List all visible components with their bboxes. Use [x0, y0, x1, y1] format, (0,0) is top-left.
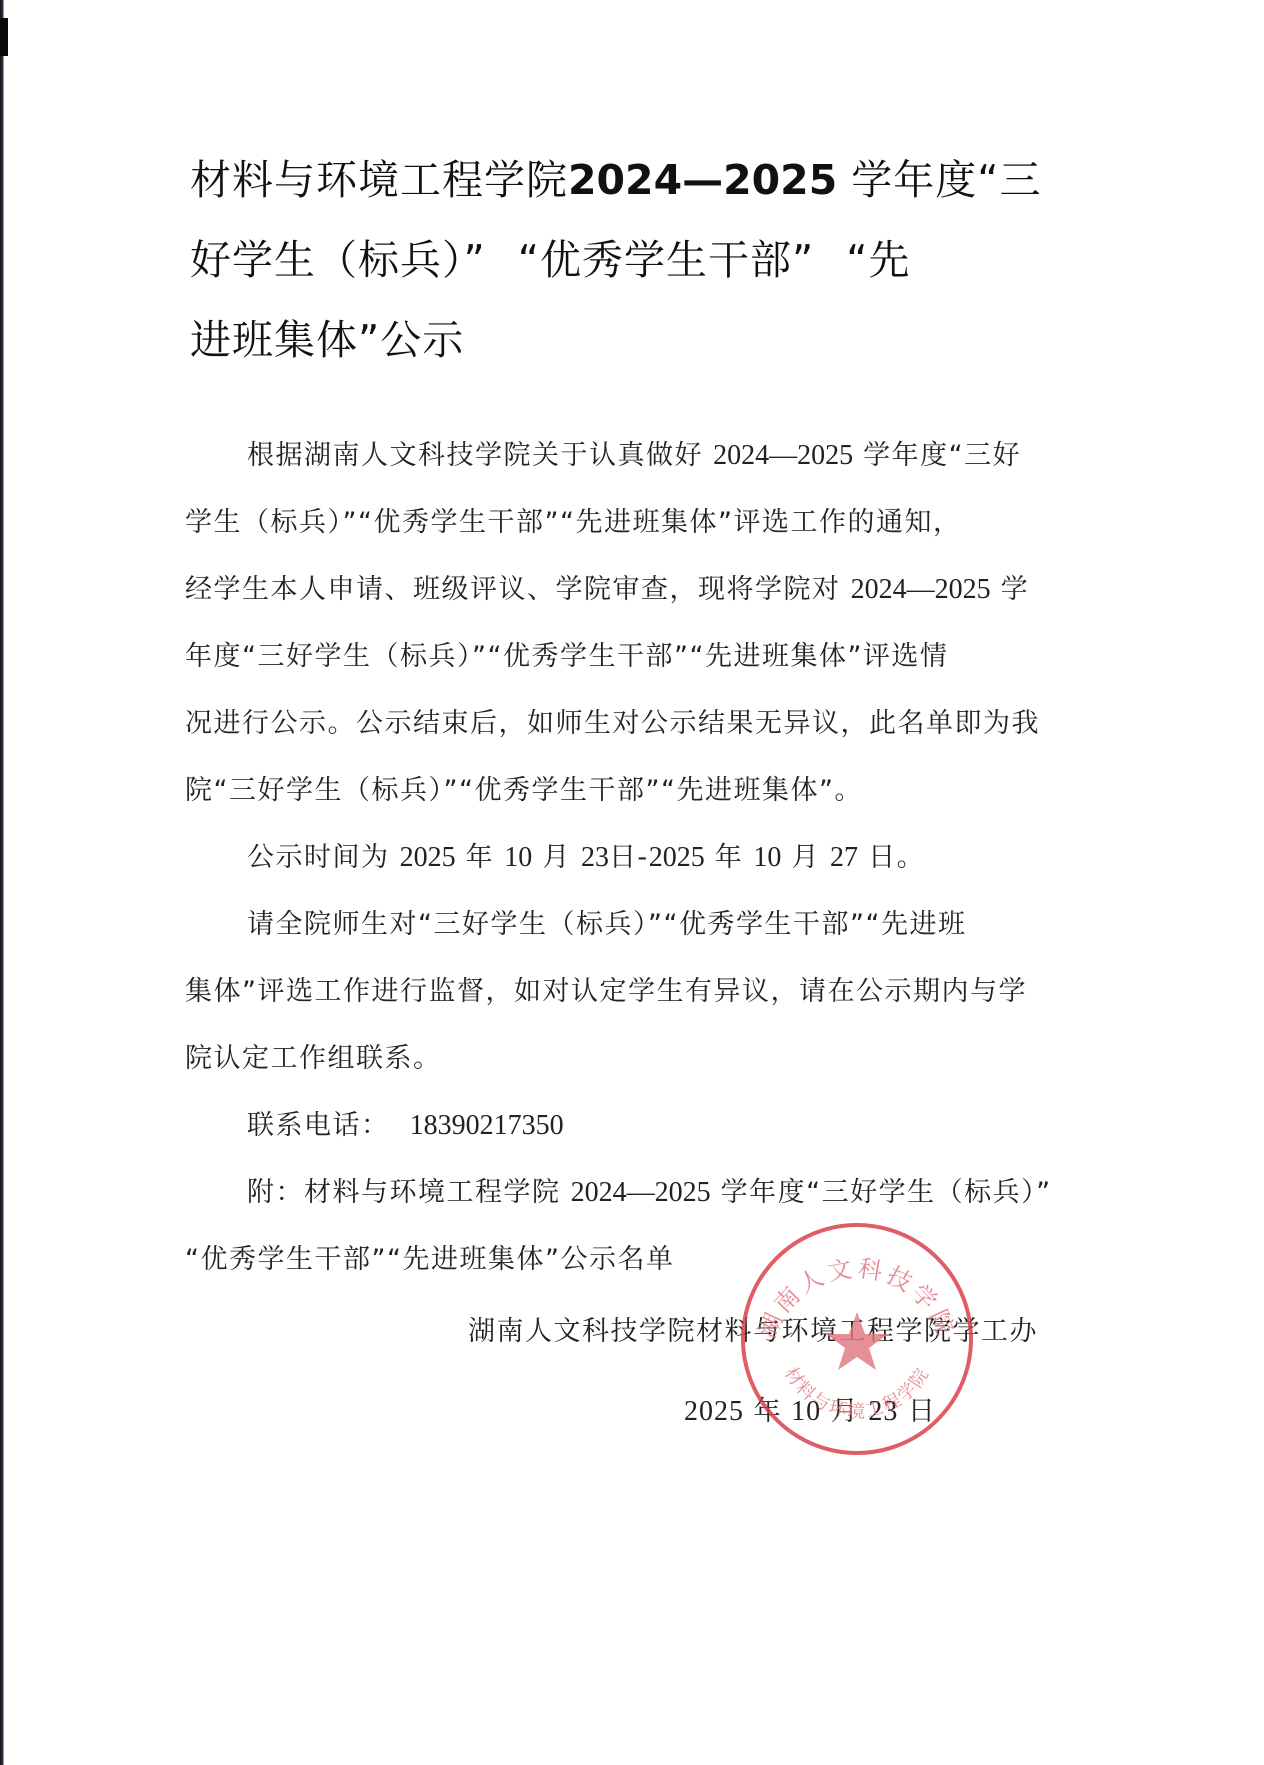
- title-text: 材料与环境工程学院: [190, 156, 568, 204]
- text: 日: [898, 1396, 936, 1427]
- year-range: 2024—2025: [713, 440, 853, 471]
- sign-month: 10: [791, 1396, 821, 1427]
- document-body: 根据湖南人文科技学院关于认真做好 2024—2025 学年度“三好 学生（标兵）…: [185, 422, 1065, 1293]
- end-day: 27: [830, 842, 858, 873]
- document-page: 材料与环境工程学院2024—2025 学年度“三 好学生（标兵）”“优秀学生干部…: [0, 0, 1264, 1765]
- paragraph-basis: 根据湖南人文科技学院关于认真做好 2024—2025 学年度“三好 学生（标兵）…: [185, 422, 1065, 824]
- start-year: 2025: [400, 842, 456, 873]
- text-line: 况进行公示。公示结束后，如师生对公示结果无异议，此名单即为我: [185, 690, 1065, 757]
- paragraph-contact: 联系电话： 18390217350: [185, 1092, 1065, 1159]
- text: 日-: [609, 842, 649, 873]
- text: 学: [991, 574, 1030, 605]
- contact-line: 联系电话： 18390217350: [185, 1092, 1065, 1159]
- text: 月: [781, 842, 830, 873]
- sign-year: 2025: [684, 1396, 744, 1427]
- document-title: 材料与环境工程学院2024—2025 学年度“三 好学生（标兵）”“优秀学生干部…: [190, 140, 1075, 380]
- title-text: “先: [846, 236, 910, 284]
- signature-org: 湖南人文科技学院材料与环境工程学院学工办: [468, 1298, 1038, 1365]
- year-range: 2024—2025: [851, 574, 991, 605]
- text-line: 根据湖南人文科技学院关于认真做好 2024—2025 学年度“三好: [185, 422, 1065, 489]
- paragraph-period: 公示时间为 2025 年 10 月 23日-2025 年 10 月 27 日。: [185, 824, 1065, 891]
- text: 年: [744, 1396, 791, 1427]
- text: 附：材料与环境工程学院: [247, 1177, 571, 1208]
- title-year-range: 2024—2025: [568, 156, 837, 204]
- publicity-period: 公示时间为 2025 年 10 月 23日-2025 年 10 月 27 日。: [185, 824, 1065, 891]
- title-text: 学年度“三: [851, 156, 1041, 204]
- title-text: “优秀学生干部”: [518, 236, 814, 284]
- text-line: 集体”评选工作进行监督，如对认定学生有异议，请在公示期内与学: [185, 958, 1065, 1025]
- attachment-line: “优秀学生干部”“先进班集体”公示名单: [185, 1226, 1065, 1293]
- title-text: 进班集体”公示: [190, 316, 464, 364]
- paragraph-attachment: 附：材料与环境工程学院 2024—2025 学年度“三好学生（标兵）” “优秀学…: [185, 1159, 1065, 1293]
- text: 学年度“三好学生（标兵）”: [711, 1177, 1052, 1208]
- period-label: 公示时间为: [247, 842, 400, 873]
- text: 月: [532, 842, 581, 873]
- end-month: 10: [753, 842, 781, 873]
- start-month: 10: [504, 842, 532, 873]
- text: 学年度“三好: [853, 440, 1021, 471]
- title-line-1: 材料与环境工程学院2024—2025 学年度“三: [190, 140, 1075, 220]
- end-year: 2025: [649, 842, 705, 873]
- text: 年: [456, 842, 505, 873]
- text: 日。: [858, 842, 925, 873]
- attachment-line: 附：材料与环境工程学院 2024—2025 学年度“三好学生（标兵）”: [185, 1159, 1065, 1226]
- text-line: 院认定工作组联系。: [185, 1025, 1065, 1092]
- text-line: 学生（标兵）”“优秀学生干部”“先进班集体”评选工作的通知，: [185, 489, 1065, 556]
- text: 月: [821, 1396, 868, 1427]
- sign-day: 23: [868, 1396, 898, 1427]
- contact-label: 联系电话：: [247, 1110, 390, 1141]
- text: 经学生本人申请、班级评议、学院审查，现将学院对: [185, 574, 851, 605]
- text-line: 请全院师生对“三好学生（标兵）”“优秀学生干部”“先进班: [185, 891, 1065, 958]
- text-line: 经学生本人申请、班级评议、学院审查，现将学院对 2024—2025 学: [185, 556, 1065, 623]
- year-range: 2024—2025: [571, 1177, 711, 1208]
- text-line: 年度“三好学生（标兵）”“优秀学生干部”“先进班集体”评选情: [185, 623, 1065, 690]
- title-line-2: 好学生（标兵）”“优秀学生干部”“先: [190, 220, 1075, 300]
- contact-phone: 18390217350: [410, 1110, 564, 1141]
- title-line-3: 进班集体”公示: [190, 300, 1075, 380]
- text: 根据湖南人文科技学院关于认真做好: [247, 440, 713, 471]
- title-text: 好学生（标兵）”: [190, 236, 486, 284]
- paragraph-supervision: 请全院师生对“三好学生（标兵）”“优秀学生干部”“先进班 集体”评选工作进行监督…: [185, 891, 1065, 1092]
- signature-date: 2025 年 10 月 23 日: [684, 1378, 936, 1445]
- text: 年: [705, 842, 754, 873]
- text-line: 院“三好学生（标兵）”“优秀学生干部”“先进班集体”。: [185, 757, 1065, 824]
- start-day: 23: [581, 842, 609, 873]
